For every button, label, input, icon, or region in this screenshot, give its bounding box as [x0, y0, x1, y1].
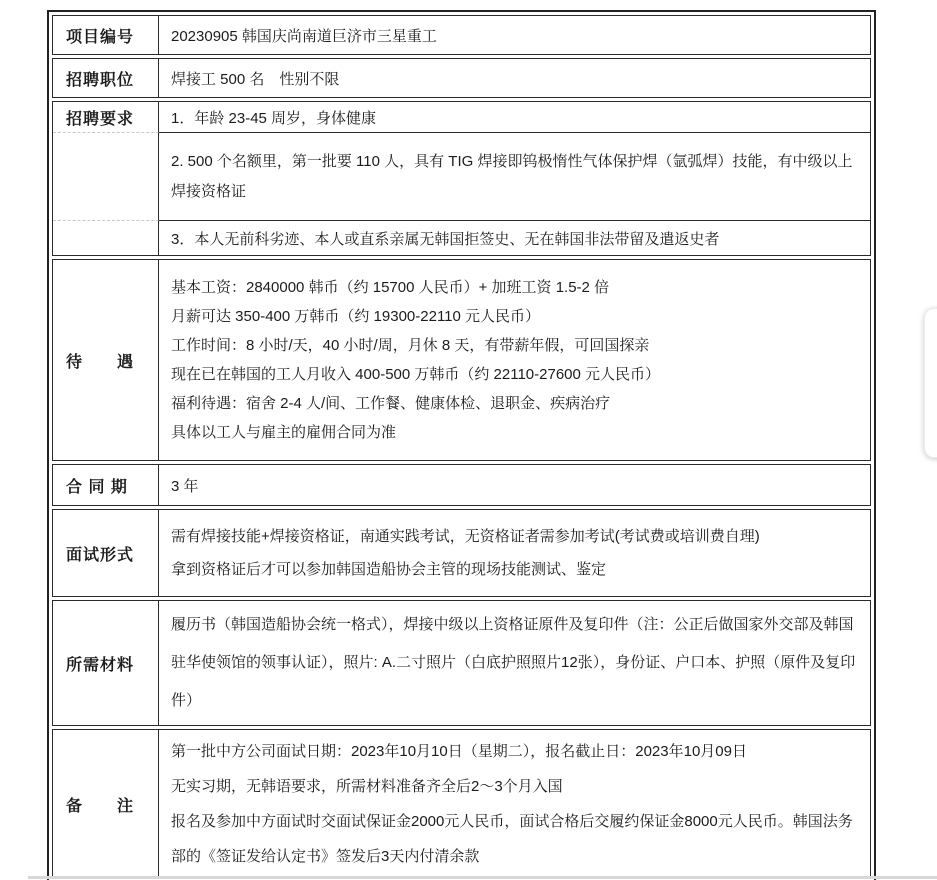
requirement-item-1: 1．年龄 23-45 周岁，身体健康	[159, 102, 870, 132]
cell-line: 3．本人无前科劣迹、本人或直系亲属无韩国拒签史、无在韩国非法带留及遣返史者	[171, 228, 858, 249]
row-label-position: 招聘职位	[53, 59, 159, 97]
cell-line: 2. 500 个名额里，第一批要 110 人，具有 TIG 焊接即钨极惰性气体保…	[171, 147, 858, 207]
cell-line: 焊接工 500 名 性别不限	[171, 68, 858, 89]
row-content-position: 焊接工 500 名 性别不限	[159, 59, 870, 97]
row-content-remarks: 第一批中方公司面试日期：2023年10月10日（星期二），报名截止日：2023年…	[159, 730, 870, 878]
row-label-interview-format: 面试形式	[53, 510, 159, 596]
row-label-required-materials: 所需材料	[53, 601, 159, 725]
cell-line: 第一批中方公司面试日期：2023年10月10日（星期二），报名截止日：2023年…	[171, 734, 858, 769]
row-label-project-number: 项目编号	[53, 16, 159, 54]
cell-line: 现在已在韩国的工人月收入 400-500 万韩币（约 22110-27600 元…	[171, 360, 858, 389]
recruitment-info-table: 项目编号 20230905 韩国庆尚南道巨济市三星重工 招聘职位 焊接工 500…	[47, 10, 876, 880]
row-label-benefits: 待 遇	[53, 260, 159, 460]
row-content-benefits: 基本工资：2840000 韩币（约 15700 人民币）+ 加班工资 1.5-2…	[159, 260, 870, 460]
cell-line: 履历书（韩国造船协会统一格式），焊接中级以上资格证原件及复印件（注：公正后做国家…	[171, 606, 858, 720]
table-row-remarks: 备 注 第一批中方公司面试日期：2023年10月10日（星期二），报名截止日：2…	[52, 729, 871, 879]
table-row-project-number: 项目编号 20230905 韩国庆尚南道巨济市三星重工	[52, 15, 871, 55]
table-row-requirements: 招聘要求 1．年龄 23-45 周岁，身体健康 2. 500 个名额里，第一批要…	[52, 101, 871, 256]
cell-line: 1．年龄 23-45 周岁，身体健康	[171, 107, 858, 128]
requirement-item-2: 2. 500 个名额里，第一批要 110 人，具有 TIG 焊接即钨极惰性气体保…	[159, 132, 870, 220]
row-content-contract-period: 3 年	[159, 465, 870, 505]
requirements-subrow-1: 招聘要求 1．年龄 23-45 周岁，身体健康	[53, 102, 870, 132]
row-label-remarks: 备 注	[53, 730, 159, 878]
cell-line: 需有焊接技能+焊接资格证，南通实践考试，无资格证者需参加考试(考试费或培训费自理…	[171, 520, 858, 553]
cell-line: 报名及参加中方面试时交面试保证金2000元人民币，面试合格后交履约保证金8000…	[171, 804, 858, 874]
row-label-spacer	[53, 132, 159, 220]
cell-line: 拿到资格证后才可以参加韩国造船协会主管的现场技能测试、鉴定	[171, 553, 858, 586]
row-content-interview-format: 需有焊接技能+焊接资格证，南通实践考试，无资格证者需参加考试(考试费或培训费自理…	[159, 510, 870, 596]
row-content-required-materials: 履历书（韩国造船协会统一格式），焊接中级以上资格证原件及复印件（注：公正后做国家…	[159, 601, 870, 725]
cell-line: 具体以工人与雇主的雇佣合同为准	[171, 418, 858, 447]
table-row-contract-period: 合 同 期 3 年	[52, 464, 871, 506]
row-label-spacer	[53, 220, 159, 255]
table-row-required-materials: 所需材料 履历书（韩国造船协会统一格式），焊接中级以上资格证原件及复印件（注：公…	[52, 600, 871, 726]
requirement-item-3: 3．本人无前科劣迹、本人或直系亲属无韩国拒签史、无在韩国非法带留及遣返史者	[159, 220, 870, 255]
row-content-project-number: 20230905 韩国庆尚南道巨济市三星重工	[159, 16, 870, 54]
row-label-contract-period: 合 同 期	[53, 465, 159, 505]
cell-line: 月薪可达 350-400 万韩币（约 19300-22110 元人民币）	[171, 302, 858, 331]
side-panel-edge	[924, 308, 937, 458]
requirements-subrow-3: 3．本人无前科劣迹、本人或直系亲属无韩国拒签史、无在韩国非法带留及遣返史者	[53, 220, 870, 255]
cell-line: 无实习期，无韩语要求，所需材料准备齐全后2～3个月入国	[171, 769, 858, 804]
requirements-subrow-2: 2. 500 个名额里，第一批要 110 人，具有 TIG 焊接即钨极惰性气体保…	[53, 132, 870, 220]
cell-line: 工作时间：8 小时/天，40 小时/周，月休 8 天，有带薪年假，可回国探亲	[171, 331, 858, 360]
row-label-requirements: 招聘要求	[53, 102, 159, 132]
table-row-position: 招聘职位 焊接工 500 名 性别不限	[52, 58, 871, 98]
cell-line: 3 年	[171, 475, 858, 496]
cell-line: 20230905 韩国庆尚南道巨济市三星重工	[171, 25, 858, 46]
table-row-interview-format: 面试形式 需有焊接技能+焊接资格证，南通实践考试，无资格证者需参加考试(考试费或…	[52, 509, 871, 597]
cell-line: 基本工资：2840000 韩币（约 15700 人民币）+ 加班工资 1.5-2…	[171, 273, 858, 302]
page-bottom-edge	[28, 876, 937, 879]
cell-line: 福利待遇：宿舍 2-4 人/间、工作餐、健康体检、退职金、疾病治疗	[171, 389, 858, 418]
table-row-benefits: 待 遇 基本工资：2840000 韩币（约 15700 人民币）+ 加班工资 1…	[52, 259, 871, 461]
